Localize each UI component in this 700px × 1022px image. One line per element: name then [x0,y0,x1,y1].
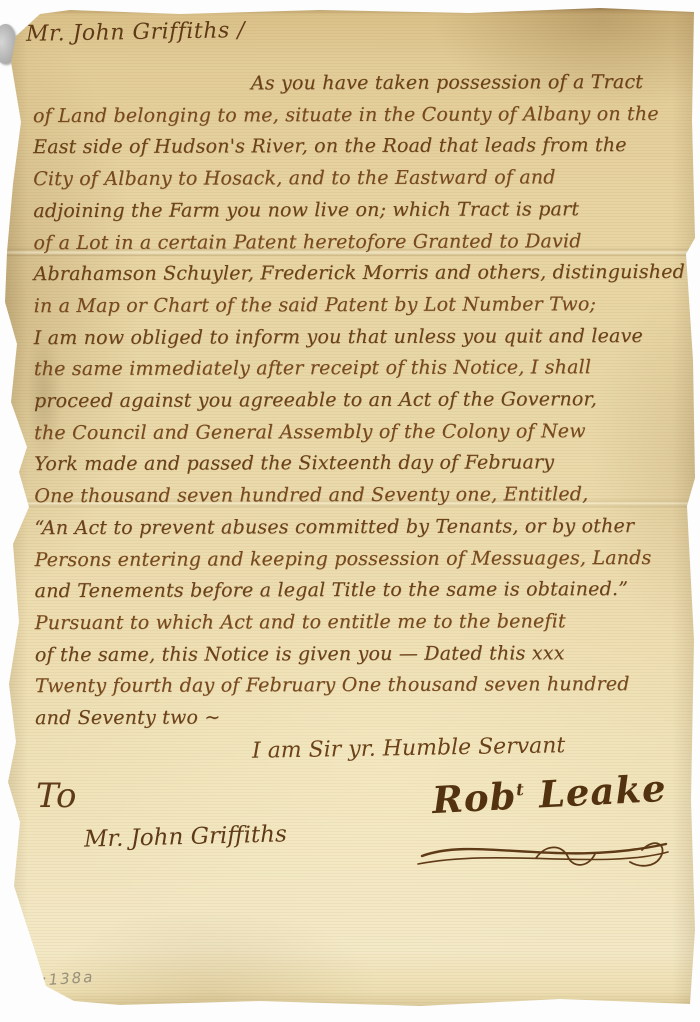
letter-line: One thousand seven hundred and Seventy o… [34,479,682,513]
address-recipient-name: Mr. John Griffiths [84,821,288,852]
letter-line: Pursuant to which Act and to entitle me … [35,606,683,640]
signature-surname: Leake [524,766,668,817]
signature-flourish [416,828,676,878]
scanned-document-photo: Mr. John Griffiths / As you have taken p… [0,0,700,1022]
address-to-label: To [36,776,77,816]
letter-line: the Council and General Assembly of the … [34,416,682,450]
letter-line: proceed against you agreeable to an Act … [34,384,682,418]
letter-line: and Tenements before a legal Title to th… [35,574,683,608]
letter-line: in a Map or Chart of the said Patent by … [34,289,682,323]
letter-line: adjoining the Farm you now live on; whic… [33,194,681,228]
letter-line: East side of Hudson's River, on the Road… [33,130,681,164]
signature-robert-leake: Robt Leake [431,766,668,822]
letter-line: Persons entering and keeping possession … [34,542,682,576]
catalog-number-pencil: 7:138a [29,968,95,990]
letter-line: Twenty fourth day of February One thousa… [35,669,683,703]
letter-line: of Land belonging to me, situate in the … [33,99,681,133]
letter-line: Abrahamson Schuyler, Frederick Morris an… [34,257,682,291]
letter-closing: I am Sir yr. Humble Servant [252,733,566,763]
letter-paper: Mr. John Griffiths / As you have taken p… [0,0,700,1022]
letter-body: As you have taken possession of a Tracto… [33,67,683,735]
letter-line: and Seventy two ~ [35,701,683,735]
paper-top-edge [0,0,700,15]
letter-line: “An Act to prevent abuses committed by T… [34,511,682,545]
letter-line: As you have taken possession of a Tract [33,67,681,101]
letter-line: City of Albany to Hosack, and to the Eas… [33,162,681,196]
letter-line: of the same, this Notice is given you — … [35,638,683,672]
letter-line: I am now obliged to inform you that unle… [34,320,682,354]
letter-salutation: Mr. John Griffiths / [26,18,246,47]
letter-line: York made and passed the Sixteenth day o… [34,447,682,481]
letter-line: the same immediately after receipt of th… [34,352,682,386]
letter-line: of a Lot in a certain Patent heretofore … [33,225,681,259]
signature-text: Rob [431,774,517,822]
